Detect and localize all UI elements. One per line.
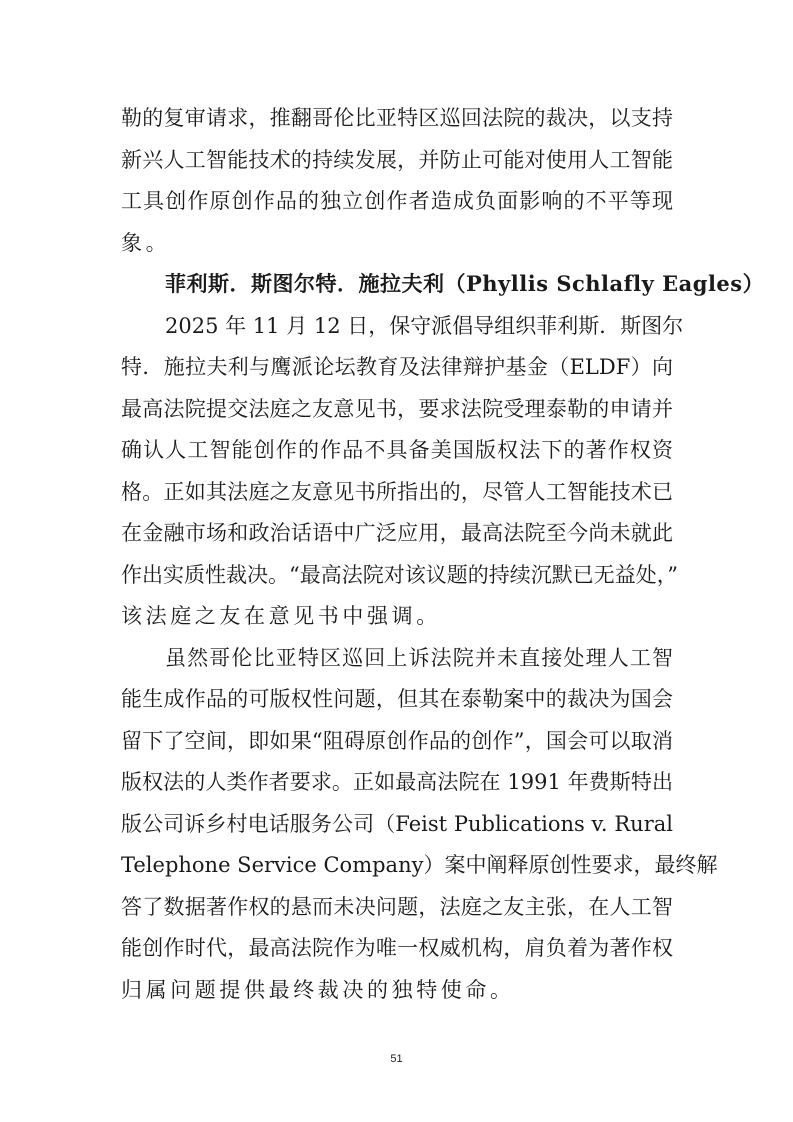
body-text-line: 确认人工智能创作的作品不具备美国版权法下的著作权资	[121, 429, 673, 471]
body-text-line: 象。	[121, 222, 673, 264]
body-text-line: Telephone Service Company）案中阐释原创性要求，最终解	[121, 844, 673, 886]
body-text-line: 归属问题提供最终裁决的独特使命。	[121, 969, 673, 1011]
body-text-line: 工具创作原创作品的独立创作者造成负面影响的不平等现	[121, 180, 673, 222]
body-text-line: 留下了空间，即如果“阻碍原创作品的创作”，国会可以取消	[121, 720, 673, 762]
body-text-line: 能创作时代，最高法院作为唯一权威机构，肩负着为著作权	[121, 927, 673, 969]
body-text-line: 勒的复审请求，推翻哥伦比亚特区巡回法院的裁决，以支持	[121, 97, 673, 139]
body-text-line: 版权法的人类作者要求。正如最高法院在 1991 年费斯特出	[121, 761, 673, 803]
body-text-line: 能生成作品的可版权性问题，但其在泰勒案中的裁决为国会	[121, 678, 673, 720]
body-text-line: 最高法院提交法庭之友意见书，要求法院受理泰勒的申请并	[121, 388, 673, 430]
document-page: 勒的复审请求，推翻哥伦比亚特区巡回法院的裁决，以支持 新兴人工智能技术的持续发展…	[0, 0, 793, 1122]
body-text-line: 答了数据著作权的悬而未决问题，法庭之友主张，在人工智	[121, 886, 673, 928]
body-text-line: 格。正如其法庭之友意见书所指出的，尽管人工智能技术已	[121, 471, 673, 513]
page-number: 51	[0, 1053, 793, 1065]
body-text-line: 新兴人工智能技术的持续发展，并防止可能对使用人工智能	[121, 139, 673, 181]
section-heading: 菲利斯．斯图尔特．施拉夫利（Phyllis Schlafly Eagles）	[165, 263, 673, 305]
body-text-line: 作出实质性裁决。“最高法院对该议题的持续沉默已无益处，”	[121, 554, 673, 596]
body-text-line: 虽然哥伦比亚特区巡回上诉法院并未直接处理人工智	[165, 637, 673, 679]
body-text-line: 该法庭之友在意见书中强调。	[121, 595, 673, 637]
body-text-line: 特．施拉夫利与鹰派论坛教育及法律辩护基金（ELDF）向	[121, 346, 673, 388]
body-text-line: 2025 年 11 月 12 日，保守派倡导组织菲利斯．斯图尔	[165, 305, 673, 347]
body-text-line: 版公司诉乡村电话服务公司（Feist Publications v. Rural	[121, 803, 673, 845]
body-text-line: 在金融市场和政治话语中广泛应用，最高法院至今尚未就此	[121, 512, 673, 554]
